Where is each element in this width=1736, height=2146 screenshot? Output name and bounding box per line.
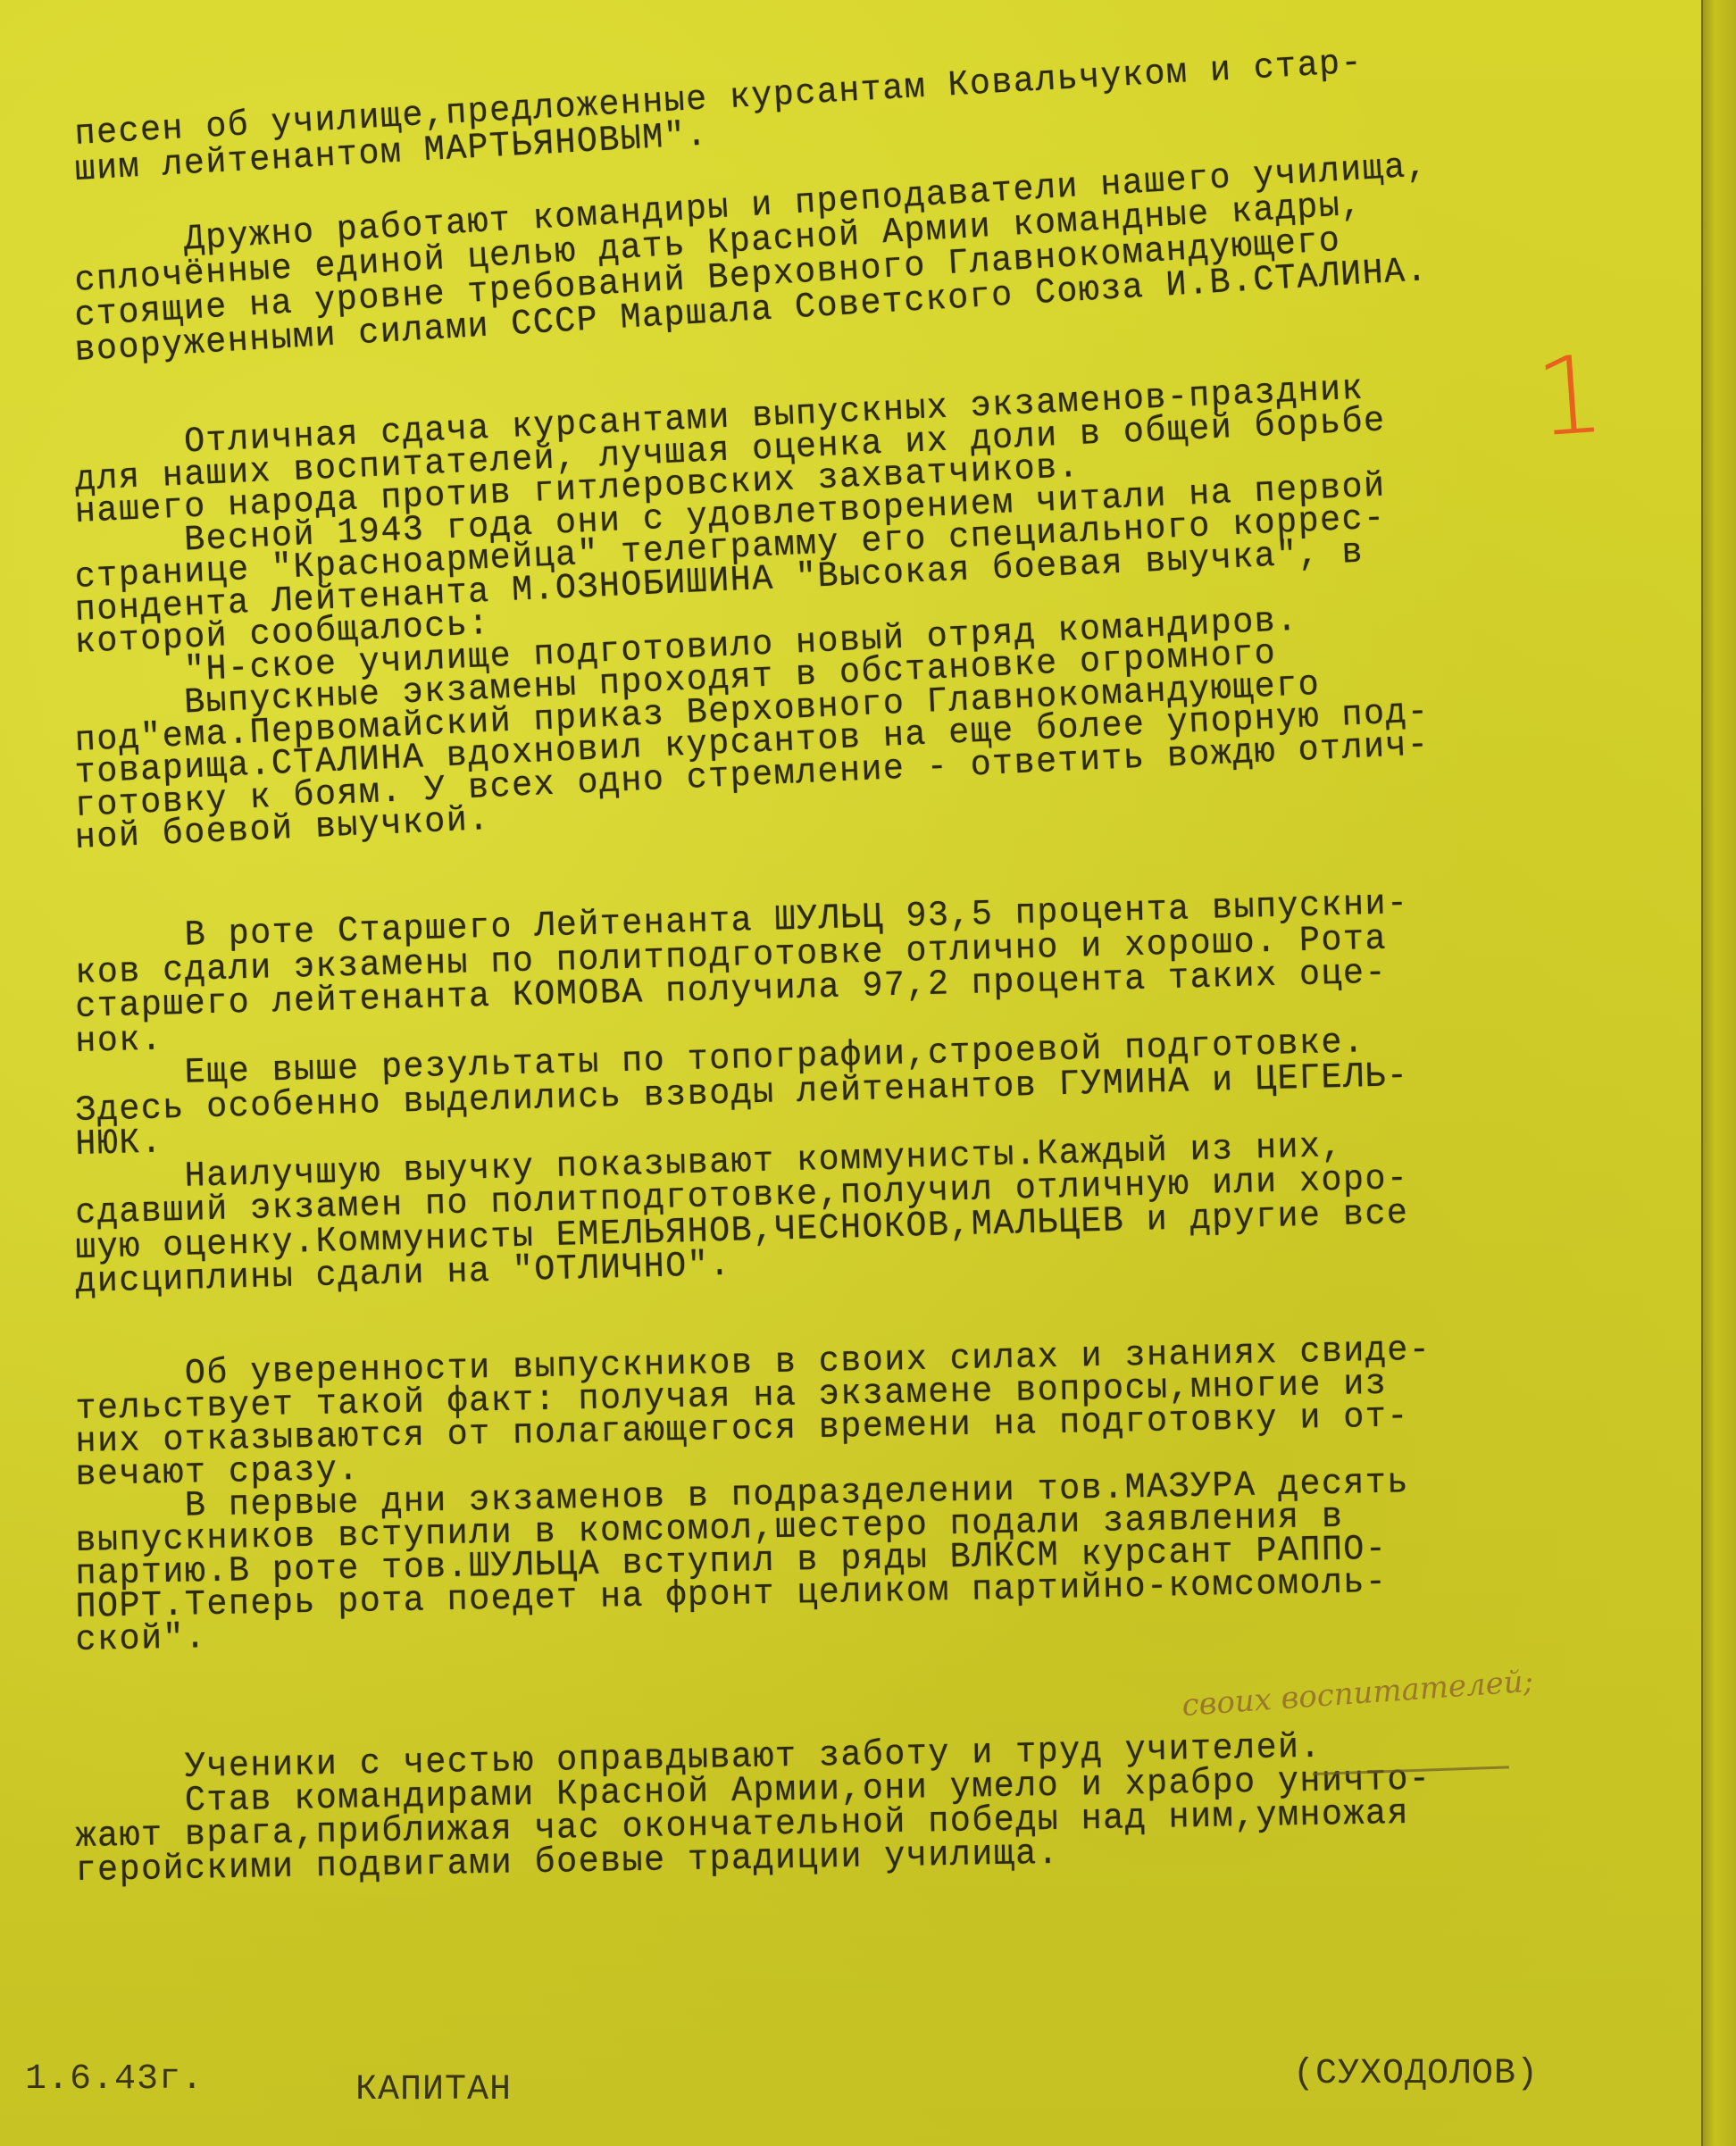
- document-date: 1.6.43г.: [25, 2059, 204, 2100]
- page-number-mark: 1: [1532, 341, 1608, 453]
- signatory-name: (СУХОДОЛОВ): [1293, 2054, 1539, 2094]
- page-binding-edge: [1701, 0, 1736, 2146]
- signatory-rank: КАПИТАН: [355, 2070, 512, 2110]
- text-line: ской".: [75, 1619, 207, 1661]
